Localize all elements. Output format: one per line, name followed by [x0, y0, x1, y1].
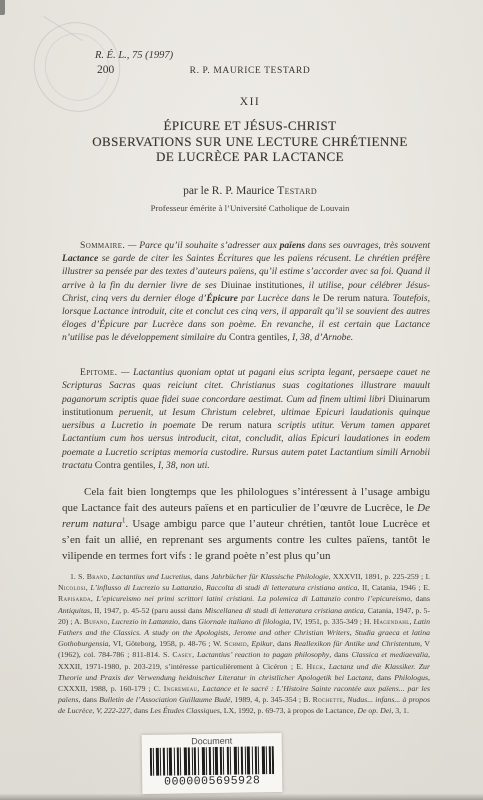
epitome-text: Lactantius quoniam optat ut pagani eius … [62, 367, 430, 471]
body-paragraph: Cela fait bien longtemps que les philolo… [62, 484, 430, 564]
epitome-dash: — [117, 367, 133, 378]
barcode-sticker: Document 0 [142, 733, 283, 794]
article-title: ÉPICURE ET JÉSUS-CHRIST OBSERVATIONS SUR… [40, 118, 460, 165]
barcode-sticker-title: Document [142, 735, 282, 747]
scanned-paper-page: R. É. L., 75 (1997) 200 R. P. MAURICE TE… [0, 0, 483, 800]
sommaire-paragraph: Sommaire. — Parce qu’il souhaite s’adres… [62, 239, 430, 345]
title-line-3: DE LUCRÈCE PAR LACTANCE [40, 149, 460, 165]
sommaire-label: Sommaire. [80, 240, 125, 251]
journal-reference: R. É. L., 75 (1997) [95, 50, 173, 61]
running-head: R. P. MAURICE TESTARD [60, 66, 440, 76]
author-affiliation: Professeur émérite à l’Université Cathol… [60, 203, 440, 213]
chapter-number: XII [60, 96, 440, 108]
footnote-block: 1. S. Brand, Lactantius und Lucretius, d… [58, 571, 430, 717]
title-line-1: ÉPICURE ET JÉSUS-CHRIST [40, 118, 460, 134]
barcode-number: 0000005695928 [142, 774, 282, 789]
sommaire-dash: — [125, 240, 139, 251]
byline: par le R. P. Maurice Testard [60, 185, 440, 197]
title-line-2: OBSERVATIONS SUR UNE LECTURE CHRÉTIENNE [40, 134, 460, 150]
scan-bottom-edge [0, 794, 483, 800]
scan-corner-mark [0, 0, 5, 15]
epitome-paragraph: Epitome. — Lactantius quoniam optat ut p… [62, 366, 430, 472]
barcode-icon [150, 746, 274, 776]
epitome-label: Epitome. [80, 367, 117, 378]
sommaire-text: Parce qu’il souhaite s’adresser aux païe… [62, 240, 430, 343]
